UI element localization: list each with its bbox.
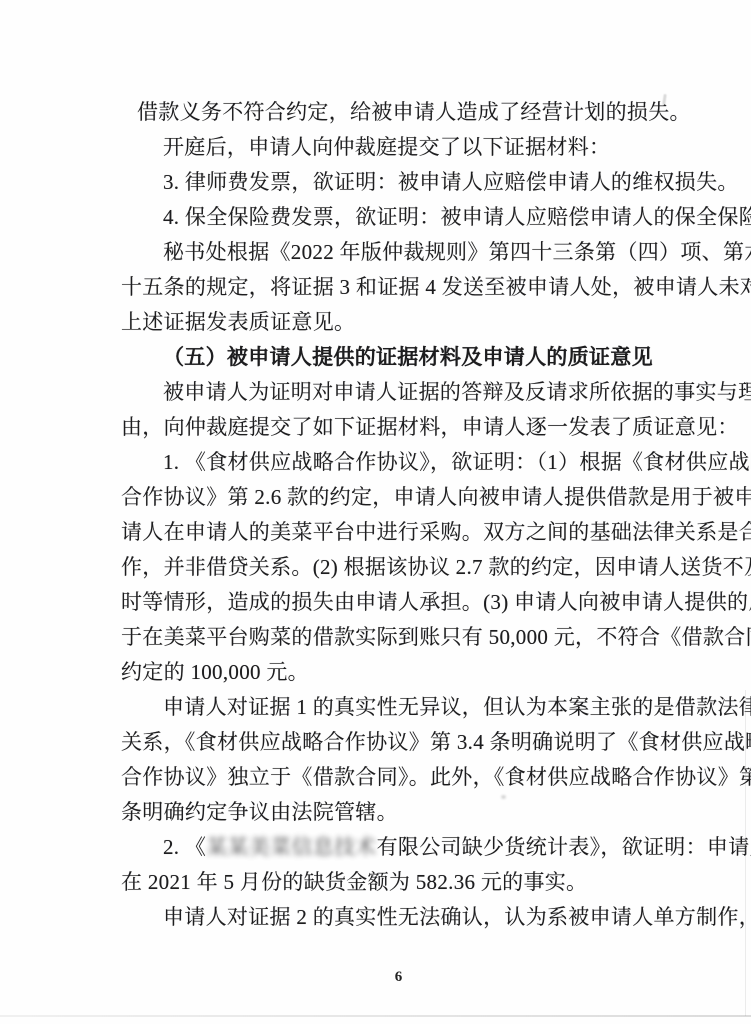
text-line: 条明确约定争议由法院管辖。: [121, 793, 711, 828]
text-segment: 约定的 100,000 元。: [121, 656, 309, 686]
text-segment: 上述证据发表质证意见。: [121, 306, 355, 336]
text-segment: 由，向仲裁庭提交了如下证据材料，申请人逐一发表了质证意见：: [121, 411, 739, 441]
scanned-document-page: 借款义务不符合约定，给被申请人造成了经营计划的损失。开庭后，申请人向仲裁庭提交了…: [0, 0, 751, 1024]
text-segment: 被申请人为证明对申请人证据的答辩及反请求所依据的事实与理: [163, 376, 751, 406]
text-line: 关系，《食材供应战略合作协议》第 3.4 条明确说明了《食材供应战略: [121, 723, 711, 758]
text-line: 1. 《食材供应战略合作协议》，欲证明：（1）根据《食材供应战略: [121, 443, 711, 478]
text-segment: （五）被申请人提供的证据材料及申请人的质证意见: [163, 341, 653, 371]
section-heading: （五）被申请人提供的证据材料及申请人的质证意见: [121, 338, 711, 373]
text-segment: 秘书处根据《2022 年版仲裁规则》第四十三条第（四）项、第六: [163, 236, 751, 266]
text-segment: 时等情形，造成的损失由申请人承担。(3) 申请人向被申请人提供的用: [121, 586, 751, 616]
document-body: 借款义务不符合约定，给被申请人造成了经营计划的损失。开庭后，申请人向仲裁庭提交了…: [121, 93, 711, 933]
text-line: 申请人对证据 2 的真实性无法确认，认为系被申请人单方制作，: [121, 898, 711, 933]
text-segment: 借款义务不符合约定，给被申请人造成了经营计划的损失。: [137, 96, 691, 126]
text-segment: 请人在申请人的美菜平台中进行采购。双方之间的基础法律关系是合: [121, 516, 751, 546]
text-segment: 关系，《食材供应战略合作协议》第 3.4 条明确说明了《食材供应战略: [121, 726, 751, 756]
text-line: 秘书处根据《2022 年版仲裁规则》第四十三条第（四）项、第六: [121, 233, 711, 268]
text-line: 作，并非借贷关系。(2) 根据该协议 2.7 款的约定，因申请人送货不及: [121, 548, 711, 583]
text-segment: 开庭后，申请人向仲裁庭提交了以下证据材料：: [163, 131, 610, 161]
text-line: 上述证据发表质证意见。: [121, 303, 711, 338]
redacted-company-name: 某某美菜信息技术: [206, 831, 376, 861]
text-segment: 3. 律师费发票，欲证明：被申请人应赔偿申请人的维权损失。: [163, 166, 739, 196]
text-line: 十五条的规定，将证据 3 和证据 4 发送至被申请人处，被申请人未对: [121, 268, 711, 303]
text-line: 约定的 100,000 元。: [121, 653, 711, 688]
text-line: 于在美菜平台购菜的借款实际到账只有 50,000 元，不符合《借款合同》: [121, 618, 711, 653]
text-segment: 条明确约定争议由法院管辖。: [121, 796, 398, 826]
text-line: 时等情形，造成的损失由申请人承担。(3) 申请人向被申请人提供的用: [121, 583, 711, 618]
text-segment: 申请人对证据 2 的真实性无法确认，认为系被申请人单方制作，: [163, 901, 751, 931]
text-line: 2. 《某某美菜信息技术有限公司缺少货统计表》，欲证明：申请人: [121, 828, 711, 863]
text-segment: 1. 《食材供应战略合作协议》，欲证明：（1）根据《食材供应战略: [163, 446, 751, 476]
text-segment: 有限公司缺少货统计表》，欲证明：申请人: [377, 831, 751, 861]
text-segment: 于在美菜平台购菜的借款实际到账只有 50,000 元，不符合《借款合同》: [121, 621, 751, 651]
text-line: 在 2021 年 5 月份的缺货金额为 582.36 元的事实。: [121, 863, 711, 898]
text-line: 合作协议》第 2.6 款的约定，申请人向被申请人提供借款是用于被申: [121, 478, 711, 513]
text-line: 被申请人为证明对申请人证据的答辩及反请求所依据的事实与理: [121, 373, 711, 408]
text-line: 4. 保全保险费发票，欲证明：被申请人应赔偿申请人的保全保险费。: [121, 198, 711, 233]
text-segment: 申请人对证据 1 的真实性无异议，但认为本案主张的是借款法律: [163, 691, 751, 721]
page-number: 6: [0, 969, 751, 986]
scan-dot: [501, 795, 506, 799]
text-segment: 4. 保全保险费发票，欲证明：被申请人应赔偿申请人的保全保险费。: [163, 201, 751, 231]
text-segment: 在 2021 年 5 月份的缺货金额为 582.36 元的事实。: [121, 866, 587, 896]
text-segment: 作，并非借贷关系。(2) 根据该协议 2.7 款的约定，因申请人送货不及: [121, 551, 751, 581]
text-segment: 2. 《: [163, 831, 206, 861]
text-segment: 合作协议》第 2.6 款的约定，申请人向被申请人提供借款是用于被申: [121, 481, 751, 511]
scan-edge-bottom: [0, 1015, 751, 1017]
text-line: 请人在申请人的美菜平台中进行采购。双方之间的基础法律关系是合: [121, 513, 711, 548]
text-line: 由，向仲裁庭提交了如下证据材料，申请人逐一发表了质证意见：: [121, 408, 711, 443]
text-segment: 合作协议》独立于《借款合同》。此外，《食材供应战略合作协议》第六: [121, 761, 751, 791]
text-line: 开庭后，申请人向仲裁庭提交了以下证据材料：: [121, 128, 711, 163]
text-line: 合作协议》独立于《借款合同》。此外，《食材供应战略合作协议》第六: [121, 758, 711, 793]
scan-edge-right: [745, 690, 746, 1016]
text-line: 申请人对证据 1 的真实性无异议，但认为本案主张的是借款法律: [121, 688, 711, 723]
text-line: 3. 律师费发票，欲证明：被申请人应赔偿申请人的维权损失。: [121, 163, 711, 198]
text-segment: 十五条的规定，将证据 3 和证据 4 发送至被申请人处，被申请人未对: [121, 271, 751, 301]
text-line: 借款义务不符合约定，给被申请人造成了经营计划的损失。: [121, 93, 711, 128]
